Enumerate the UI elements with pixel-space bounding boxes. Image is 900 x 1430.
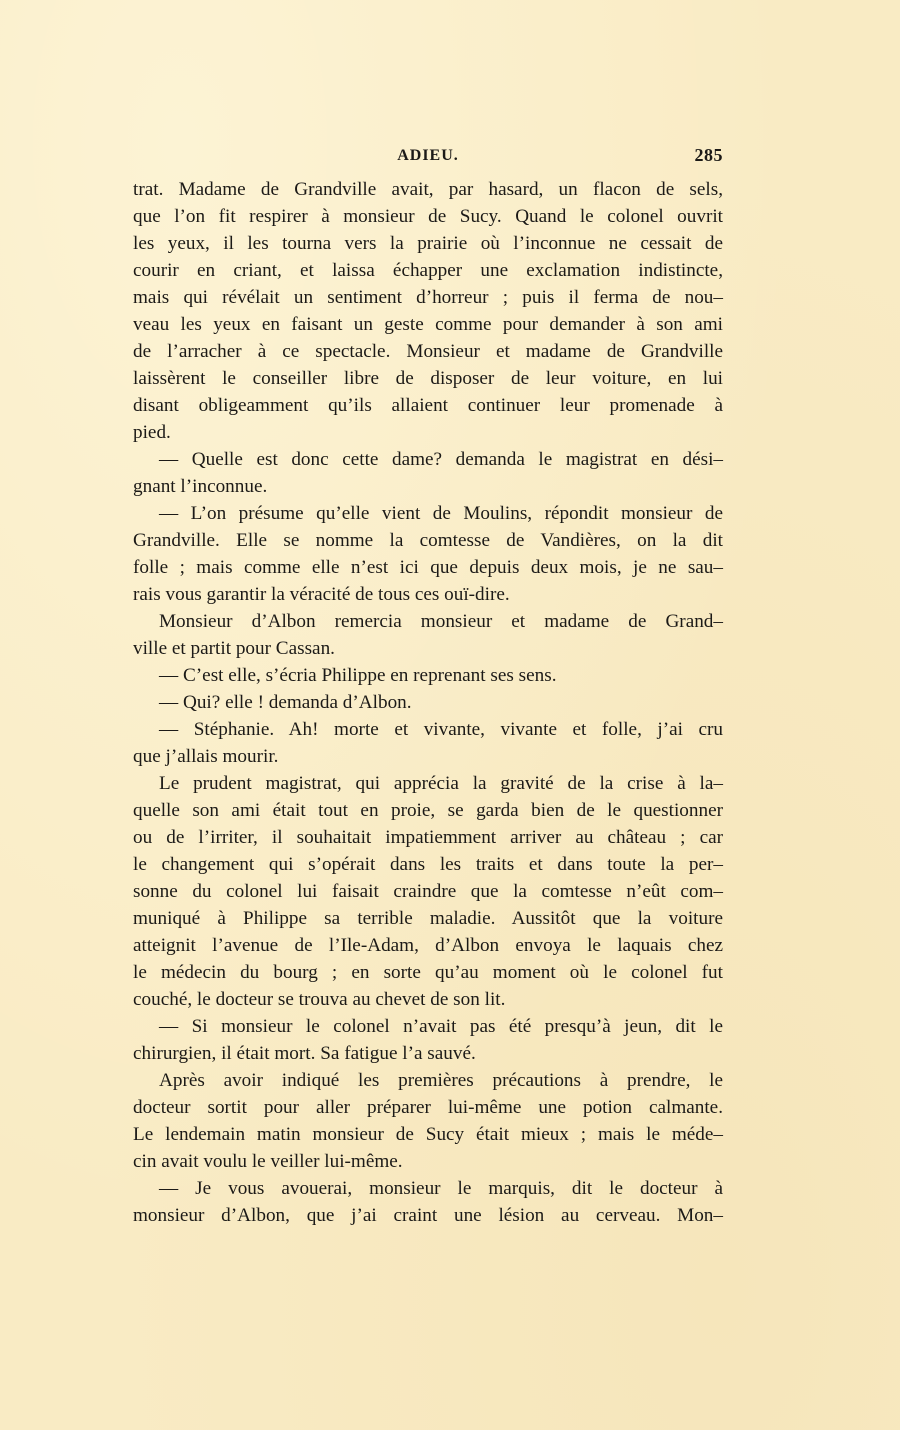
text-line: mais qui révélait un sentiment d’horreur… (133, 284, 723, 311)
running-head: ADIEU. 285 (133, 145, 723, 169)
body-text: trat. Madame de Grandville avait, par ha… (133, 176, 723, 1229)
text-line: — Stéphanie. Ah! morte et vivante, vivan… (133, 716, 723, 743)
text-line: que j’allais mourir. (133, 743, 723, 770)
text-line: Après avoir indiqué les premières précau… (133, 1067, 723, 1094)
text-line: ville et partit pour Cassan. (133, 635, 723, 662)
running-title: ADIEU. (133, 147, 723, 165)
text-line: Monsieur d’Albon remercia monsieur et ma… (133, 608, 723, 635)
text-line: les yeux, il les tourna vers la prairie … (133, 230, 723, 257)
text-line: chirurgien, il était mort. Sa fatigue l’… (133, 1040, 723, 1067)
text-line: ou de l’irriter, il souhaitait impatiemm… (133, 824, 723, 851)
text-line: — L’on présume qu’elle vient de Moulins,… (133, 500, 723, 527)
text-line: atteignit l’avenue de l’Ile-Adam, d’Albo… (133, 932, 723, 959)
text-line: muniqué à Philippe sa terrible maladie. … (133, 905, 723, 932)
text-line: — Je vous avouerai, monsieur le marquis,… (133, 1175, 723, 1202)
text-line: quelle son ami était tout en proie, se g… (133, 797, 723, 824)
text-line: rais vous garantir la véracité de tous c… (133, 581, 723, 608)
text-line: le changement qui s’opérait dans les tra… (133, 851, 723, 878)
text-line: docteur sortit pour aller préparer lui-m… (133, 1094, 723, 1121)
text-line: veau les yeux en faisant un geste comme … (133, 311, 723, 338)
text-line: — Si monsieur le colonel n’avait pas été… (133, 1013, 723, 1040)
text-line: trat. Madame de Grandville avait, par ha… (133, 176, 723, 203)
text-line: que l’on fit respirer à monsieur de Sucy… (133, 203, 723, 230)
text-line: disant obligeamment qu’ils allaient cont… (133, 392, 723, 419)
text-line: le médecin du bourg ; en sorte qu’au mom… (133, 959, 723, 986)
text-line: Grandville. Elle se nomme la comtesse de… (133, 527, 723, 554)
text-line: pied. (133, 419, 723, 446)
text-line: gnant l’inconnue. (133, 473, 723, 500)
text-line: courir en criant, et laissa échapper une… (133, 257, 723, 284)
text-line: cin avait voulu le veiller lui-même. (133, 1148, 723, 1175)
text-line: folle ; mais comme elle n’est ici que de… (133, 554, 723, 581)
text-line: laissèrent le conseiller libre de dispos… (133, 365, 723, 392)
text-line: — Quelle est donc cette dame? demanda le… (133, 446, 723, 473)
text-line: — Qui? elle ! demanda d’Albon. (133, 689, 723, 716)
text-line: Le lendemain matin monsieur de Sucy étai… (133, 1121, 723, 1148)
page-number: 285 (695, 145, 724, 166)
text-line: couché, le docteur se trouva au chevet d… (133, 986, 723, 1013)
text-line: sonne du colonel lui faisait craindre qu… (133, 878, 723, 905)
text-line: Le prudent magistrat, qui apprécia la gr… (133, 770, 723, 797)
text-line: monsieur d’Albon, que j’ai craint une lé… (133, 1202, 723, 1229)
text-line: de l’arracher à ce spectacle. Monsieur e… (133, 338, 723, 365)
book-page: ADIEU. 285 trat. Madame de Grandville av… (0, 0, 900, 1430)
text-line: — C’est elle, s’écria Philippe en repren… (133, 662, 723, 689)
